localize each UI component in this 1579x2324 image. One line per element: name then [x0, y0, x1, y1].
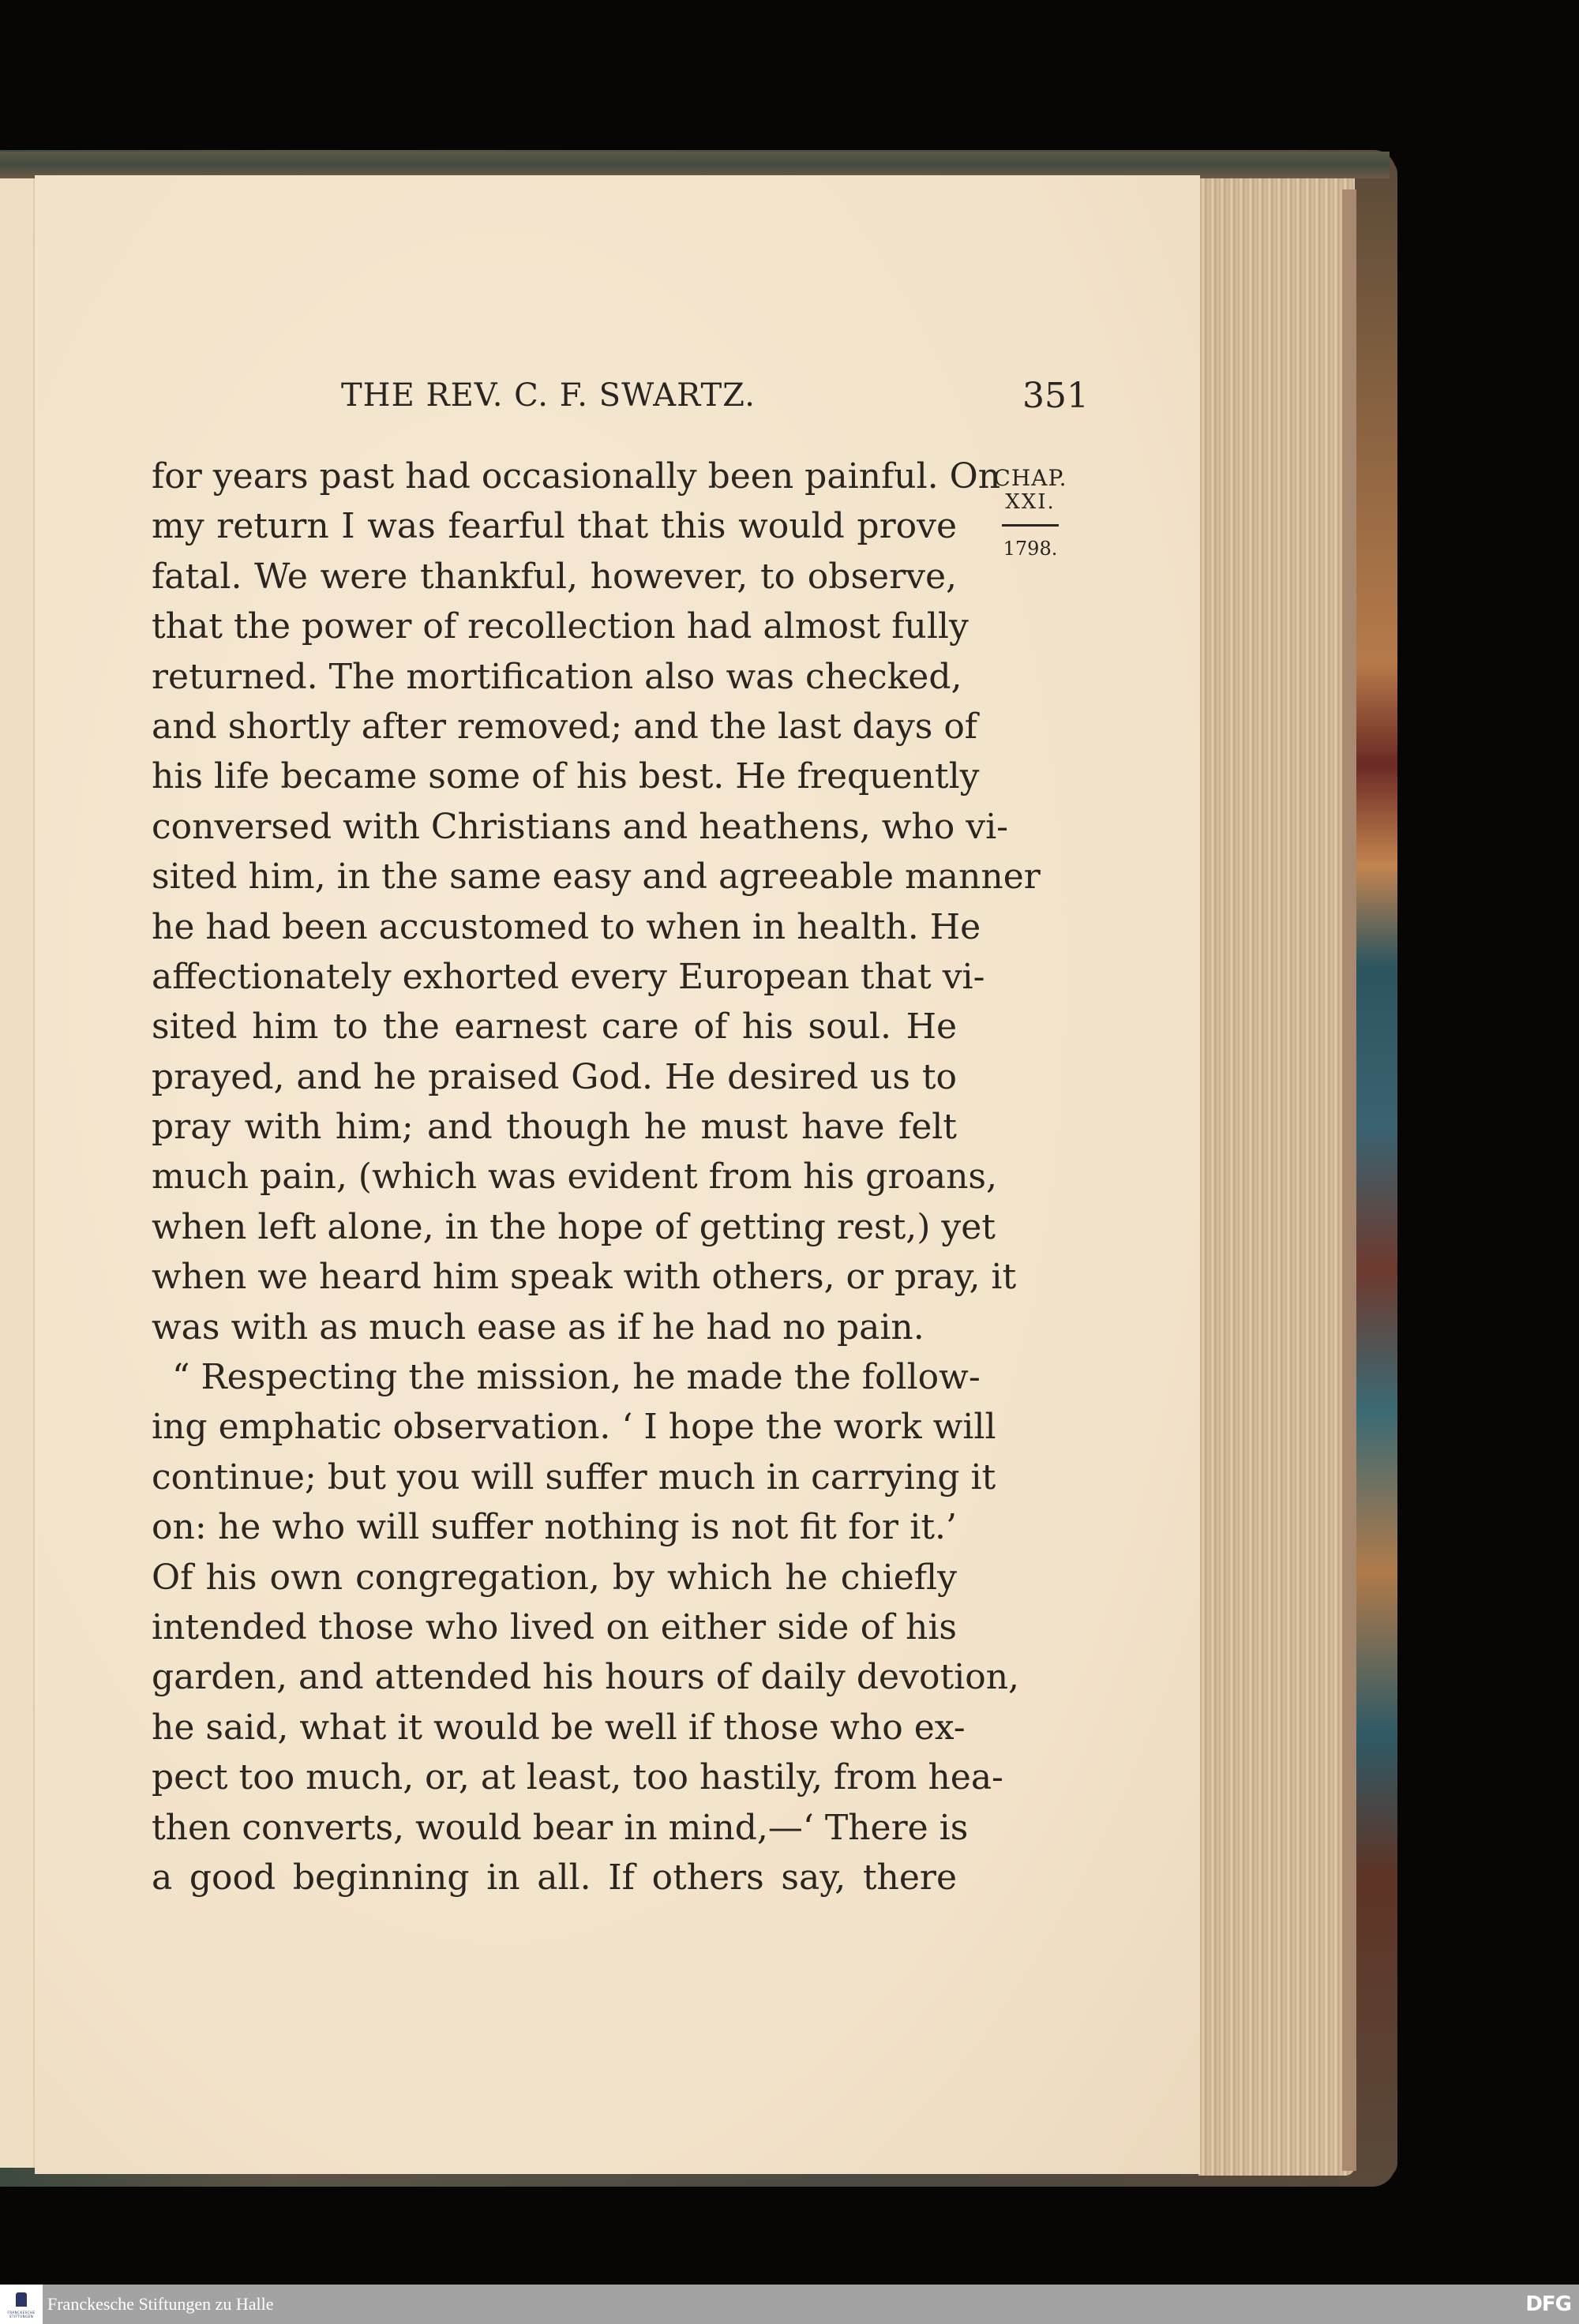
page-block-shadow: [1342, 189, 1356, 2171]
text-line: fatal. We were thankful, however, to obs…: [152, 552, 957, 602]
running-head: THE REV. C. F. SWARTZ.: [341, 377, 756, 414]
text-line: my return I was fearful that this would …: [152, 501, 957, 551]
text-line: on: he who will suffer nothing is not fi…: [152, 1502, 957, 1552]
logo-caption: FRANCKESCHE STIFTUNGEN: [2, 2311, 41, 2318]
text-line-paragraph-end: was with as much ease as if he had no pa…: [152, 1303, 957, 1352]
text-line: then converts, would bear in mind,—‘ The…: [152, 1803, 957, 1853]
text-line: he said, what it would be well if those …: [152, 1703, 957, 1752]
text-line: pray with him; and though he must have f…: [152, 1102, 957, 1152]
text-line: he had been accustomed to when in health…: [152, 902, 957, 952]
text-line: ing emphatic observation. ‘ I hope the w…: [152, 1402, 957, 1452]
text-line: conversed with Christians and heathens, …: [152, 802, 957, 852]
text-line: sited him, in the same easy and agreeabl…: [152, 852, 957, 901]
text-line: a good beginning in all. If others say, …: [152, 1853, 957, 1902]
left-page-sliver: [0, 178, 35, 2168]
text-line: affectionately exhorted every European t…: [152, 952, 957, 1002]
dfg-logo[interactable]: DFG: [1525, 2292, 1571, 2316]
text-line: and shortly after removed; and the last …: [152, 702, 957, 752]
text-line: his life became some of his best. He fre…: [152, 752, 957, 801]
text-line: Of his own congregation, by which he chi…: [152, 1553, 957, 1602]
franckesche-stiftungen-logo[interactable]: FRANCKESCHE STIFTUNGEN: [0, 2285, 43, 2324]
body-text: for years past had occasionally been pai…: [152, 452, 957, 1902]
text-line: that the power of recollection had almos…: [152, 602, 957, 651]
text-line-paragraph-start: “ Respecting the mission, he made the fo…: [152, 1352, 957, 1402]
text-line: when left alone, in the hope of getting …: [152, 1202, 957, 1252]
text-line: sited him to the earnest care of his sou…: [152, 1002, 957, 1051]
footer-bar: FRANCKESCHE STIFTUNGEN Franckesche Stift…: [0, 2285, 1579, 2324]
margin-rule: [1002, 524, 1059, 527]
text-line: when we heard him speak with others, or …: [152, 1252, 957, 1302]
statue-icon: [16, 2292, 27, 2307]
text-line: pect too much, or, at least, too hastily…: [152, 1752, 957, 1802]
text-line: garden, and attended his hours of daily …: [152, 1652, 957, 1702]
page-block-fore-edge: [1198, 178, 1355, 2176]
text-line: prayed, and he praised God. He desired u…: [152, 1052, 957, 1102]
institution-name: Franckesche Stiftungen zu Halle: [47, 2294, 274, 2315]
text-line: for years past had occasionally been pai…: [152, 452, 957, 501]
text-line: returned. The mortification also was che…: [152, 652, 957, 702]
book-spine-top-edge: [0, 152, 1390, 178]
text-line: continue; but you will suffer much in ca…: [152, 1452, 957, 1502]
page-number: 351: [1022, 376, 1089, 416]
margin-year: 1798.: [979, 538, 1082, 560]
text-line: intended those who lived on either side …: [152, 1602, 957, 1652]
text-line: much pain, (which was evident from his g…: [152, 1152, 957, 1201]
